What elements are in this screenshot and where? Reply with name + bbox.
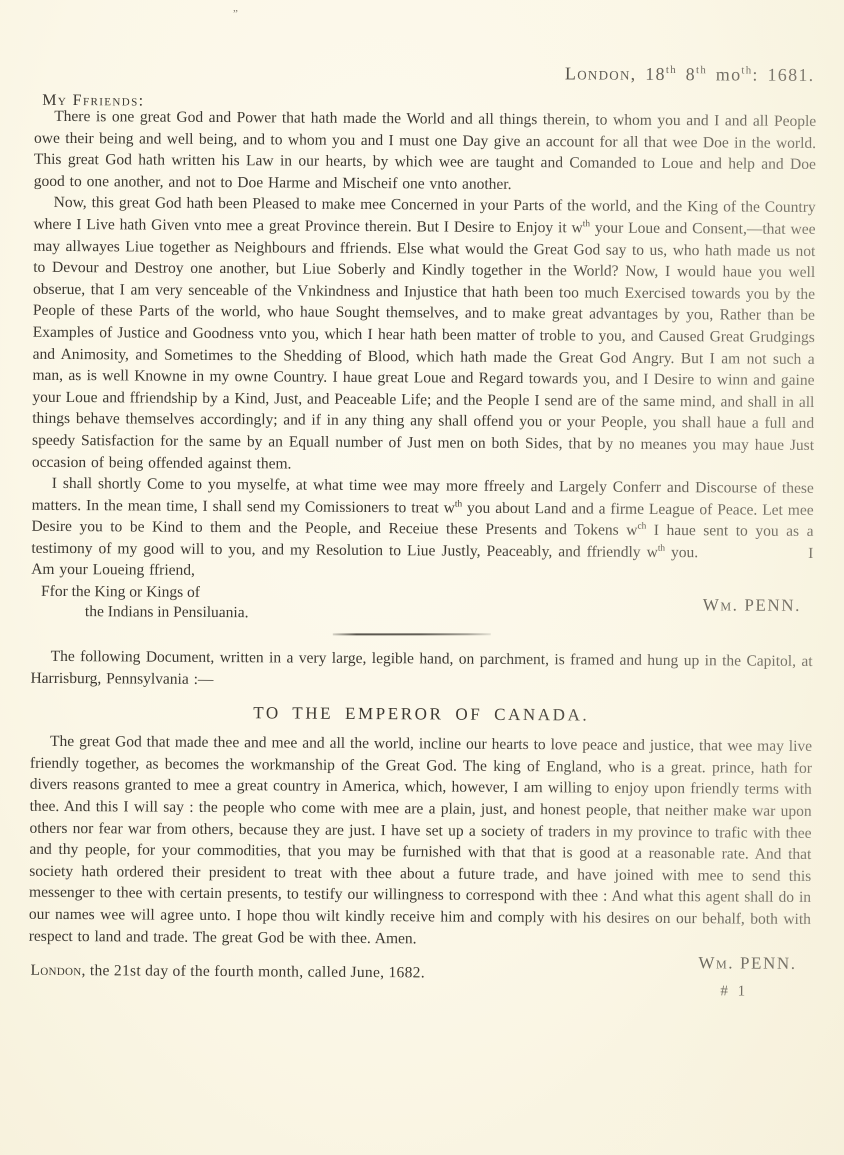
printers-signature-mark: # 1 bbox=[698, 983, 770, 1000]
letter-dateline: London, 18th 8th moth: 1681. bbox=[565, 63, 815, 86]
canada-letter-paragraph: The great God that made thee and mee and… bbox=[29, 731, 812, 952]
canada-letter-dateline: London, the 21st day of the fourth month… bbox=[28, 962, 424, 983]
canada-letter-signature-block: Wm. PENN. # 1 bbox=[698, 953, 811, 1001]
letter-paragraph-3: I shall shortly Come to you myselfe, at … bbox=[31, 473, 814, 586]
addressee-line-2: the Indians in Pensiluania. bbox=[41, 602, 249, 623]
addressee: Ffor the King or Kings of the Indians in… bbox=[31, 582, 249, 623]
addressee-line-1: Ffor the King or Kings of bbox=[41, 582, 249, 603]
section-divider-rule bbox=[333, 633, 491, 635]
letter-signature-block: Ffor the King or Kings of the Indians in… bbox=[31, 582, 813, 627]
page-content: My Ffriends: London, 18th 8th moth: 1681… bbox=[28, 0, 817, 1001]
salutation: My Ffriends: bbox=[42, 92, 144, 111]
letter-signature: Wm. PENN. bbox=[703, 595, 813, 616]
editorial-note: The following Document, written in a ver… bbox=[30, 646, 812, 694]
canada-letter-footer: London, the 21st day of the fourth month… bbox=[28, 949, 810, 1001]
letter-paragraph-1: There is one great God and Power that ha… bbox=[34, 106, 817, 198]
scanned-page: ” My Ffriends: London, 18th 8th moth: 16… bbox=[0, 0, 844, 1155]
canada-letter-signature: Wm. PENN. bbox=[698, 953, 796, 974]
letter-paragraph-2: Now, this great God hath been Pleased to… bbox=[32, 192, 816, 478]
canada-letter-heading: TO THE EMPEROR OF CANADA. bbox=[30, 702, 812, 727]
letter-header: My Ffriends: London, 18th 8th moth: 1681… bbox=[34, 60, 816, 111]
